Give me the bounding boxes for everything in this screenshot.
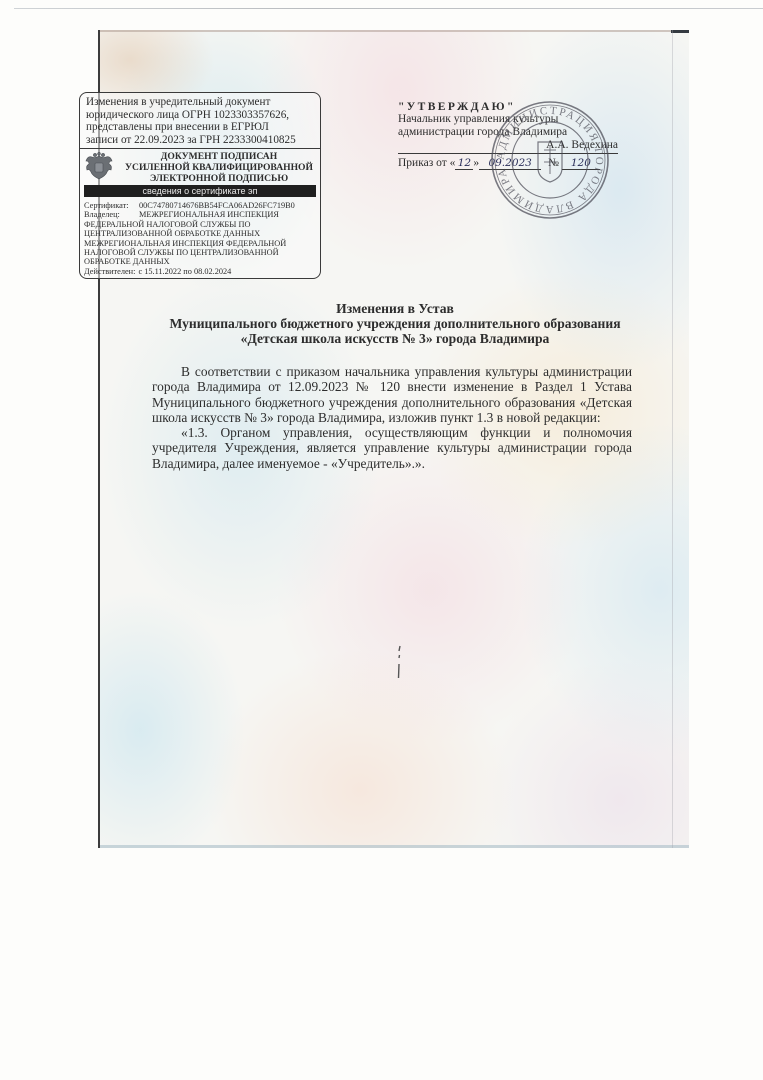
scan-stripe <box>672 30 673 848</box>
signature-heading: ДОКУМЕНТ ПОДПИСАН УСИЛЕННОЙ КВАЛИФИЦИРОВ… <box>80 149 320 185</box>
order-number-label: № <box>548 157 559 169</box>
certificate-label: Сертификат: <box>84 201 139 210</box>
order-day: 12 <box>455 157 473 170</box>
validity-label: Действителен: <box>84 267 135 276</box>
russian-coat-of-arms-icon <box>84 152 114 184</box>
heading-line: УСИЛЕННОЙ КВАЛИФИЦИРОВАННОЙ <box>120 163 318 174</box>
order-prefix: Приказ от « <box>398 157 455 169</box>
certificate-value: 00C74780714676BB54FCA06AD26FC719B0 <box>139 201 295 210</box>
registration-line: Изменения в учредительный документ <box>86 96 314 109</box>
owner-line: МЕЖРЕГИОНАЛЬНАЯ ИНСПЕКЦИЯ ФЕДЕРАЛЬНОЙ <box>84 239 316 248</box>
title-line: Изменения в Устав <box>100 301 690 316</box>
scan-corner-mark <box>671 30 689 33</box>
signature-heading-text: ДОКУМЕНТ ПОДПИСАН УСИЛЕННОЙ КВАЛИФИЦИРОВ… <box>120 152 318 184</box>
owner-value: МЕЖРЕГИОНАЛЬНАЯ ИНСПЕКЦИЯ <box>139 210 279 219</box>
owner-line: ФЕДЕРАЛЬНОЙ НАЛОГОВОЙ СЛУЖБЫ ПО <box>84 220 316 229</box>
scan-artifact-marks <box>395 642 405 682</box>
owner-label: Владелец: <box>84 210 139 219</box>
registration-line: представлены при внесении в ЕГРЮЛ <box>86 121 314 134</box>
order-month-year: 09.2023 <box>479 157 541 170</box>
approver-name: А.А. Ведехина <box>546 139 618 151</box>
body-paragraph-quoted-clause: «1.3. Органом управления, осуществляющим… <box>152 425 632 471</box>
registration-line: записи от 22.09.2023 за ГРН 223330041082… <box>86 134 314 147</box>
document-body: В соответствии с приказом начальника упр… <box>152 364 632 471</box>
validity-value: с 15.11.2022 по 08.02.2024 <box>138 267 231 276</box>
title-line: Муниципального бюджетного учреждения доп… <box>100 316 690 331</box>
certificate-info-bar: сведения о сертификате эп <box>84 185 316 197</box>
registration-line: юридического лица ОГРН 1023303357626, <box>86 109 314 122</box>
approval-heading: "УТВЕРЖДАЮ" <box>398 101 618 113</box>
order-reference: Приказ от «12»09.2023 № 120 <box>398 157 618 170</box>
validity-row: Действителен: с 15.11.2022 по 08.02.2024 <box>84 267 316 276</box>
owner-line: ОБРАБОТКЕ ДАННЫХ <box>84 257 316 266</box>
owner-line: ЦЕНТРАЛИЗОВАННОЙ ОБРАБОТКЕ ДАННЫХ <box>84 229 316 238</box>
registration-note: Изменения в учредительный документ юриди… <box>80 93 320 149</box>
electronic-signature-box: Изменения в учредительный документ юриди… <box>79 92 321 279</box>
body-paragraph: В соответствии с приказом начальника упр… <box>152 364 632 425</box>
approver-signature-line: А.А. Ведехина <box>398 139 618 153</box>
order-number: 120 <box>562 157 600 170</box>
approver-position: Начальник управления культуры <box>398 113 618 125</box>
approval-block: "УТВЕРЖДАЮ" Начальник управления культур… <box>398 101 618 170</box>
scanner-edge-line <box>14 8 763 9</box>
heading-line: ЭЛЕКТРОННОЙ ПОДПИСЬЮ <box>120 174 318 185</box>
document-title: Изменения в Устав Муниципального бюджетн… <box>100 301 690 347</box>
approver-organization: администрации города Владимира <box>398 126 618 138</box>
owner-row: Владелец: МЕЖРЕГИОНАЛЬНАЯ ИНСПЕКЦИЯ <box>84 210 316 219</box>
certificate-row: Сертификат: 00C74780714676BB54FCA06AD26F… <box>84 201 316 210</box>
title-line: «Детская школа искусств № 3» города Влад… <box>100 331 690 346</box>
owner-line: НАЛОГОВОЙ СЛУЖБЫ ПО ЦЕНТРАЛИЗОВАННОЙ <box>84 248 316 257</box>
certificate-details: Сертификат: 00C74780714676BB54FCA06AD26F… <box>80 197 320 276</box>
